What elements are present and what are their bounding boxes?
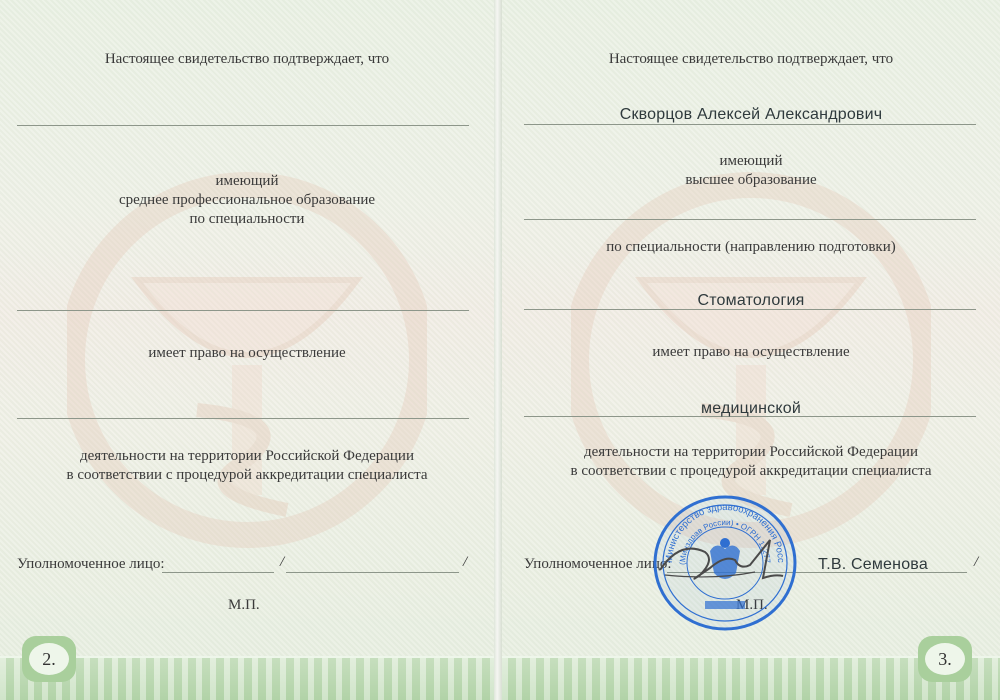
specialty-field: Стоматология [502,292,1000,310]
slash-1: / [280,554,284,571]
slash-2: / [974,554,978,571]
by-specialty-text: по специальности (направлению подготовки… [502,238,1000,257]
by-specialty-text: по специальности [0,210,494,229]
activity-text-2: в соответствии с процедурой аккредитации… [0,466,494,485]
activity-text-1: деятельности на территории Российской Фе… [502,443,1000,462]
signature-line [162,572,274,573]
booklet-spine [494,0,502,700]
education-line [524,219,976,220]
right-to-text: имеет право на осуществление [0,344,494,363]
name-line [524,124,976,125]
education-text: среднее профессиональное образование [0,191,494,210]
seal-placeholder-label: М.П. [228,597,260,614]
authorized-person-label: Уполномоченное лицо: [17,556,165,573]
activity-line [17,418,469,419]
specialty-line [17,310,469,311]
page-number: 2. [29,643,69,675]
holder-name-field: Скворцов Алексей Александрович [502,106,1000,124]
left-page: Настоящее свидетельство подтверждает, чт… [0,0,494,700]
page-number-badge: 3. [918,636,972,682]
name-line [17,125,469,126]
signatory-name-line [286,572,459,573]
activity-text-2: в соответствии с процедурой аккредитации… [502,462,1000,481]
page-number-badge: 2. [22,636,76,682]
right-to-text: имеет право на осуществление [502,343,1000,362]
activity-field: медицинской [502,400,1000,418]
slash-2: / [463,554,467,571]
intro-text: Настоящее свидетельство подтверждает, чт… [0,50,494,69]
having-text: имеющий [0,172,494,191]
education-text: высшее образование [502,171,1000,190]
activity-text-1: деятельности на территории Российской Фе… [0,447,494,466]
handwritten-signature-icon [655,530,785,590]
intro-text: Настоящее свидетельство подтверждает, чт… [502,50,1000,69]
page-number: 3. [925,643,965,675]
having-text: имеющий [502,152,1000,171]
signatory-name: Т.В. Семенова [818,556,928,574]
